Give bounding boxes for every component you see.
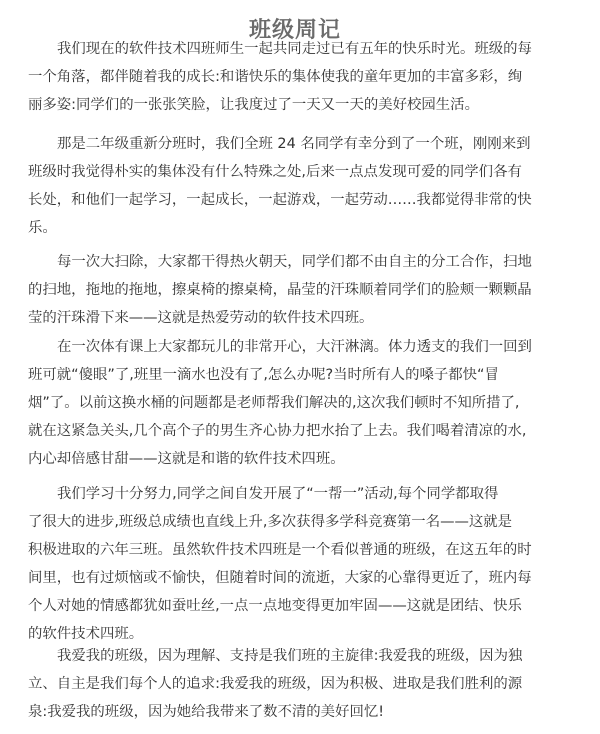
text-line: 班级时我觉得朴实的集体没有什么特殊之处,后来一点点发现可爱的同学们各有 <box>28 158 538 186</box>
paragraph-3: 每一次大扫除，大家都干得热火朝天，同学们都不由自主的分工合作，扫地 的扫地，拖地… <box>28 248 538 332</box>
text-line: 我们现在的软件技术四班师生一起共同走过已有五年的快乐时光。班级的每 <box>28 35 538 63</box>
text-line: 立、自主是我们每个人的追求:我爱我的班级，因为积极、进取是我们胜利的源 <box>28 670 538 698</box>
paragraph-6: 我爱我的班级，因为理解、支持是我们班的主旋律:我爱我的班级，因为独 立、自主是我… <box>28 642 538 726</box>
text-line: 的扫地，拖地的拖地，擦桌椅的擦桌椅，晶莹的汗珠顺着同学们的脸颊一颗颗晶 <box>28 276 538 304</box>
text-line: 个人对她的情感都犹如蚕吐丝,一点一点地变得更加牢固——这就是团结、快乐 <box>28 592 538 620</box>
text-line: 就在这紧急关头,几个高个子的男生齐心协力把水抬了上去。我们喝着清凉的水, <box>28 417 538 445</box>
text-line: 我们学习十分努力,同学之间自发开展了“一帮一”活动,每个同学都取得 <box>28 480 538 508</box>
paragraph-2: 那是二年级重新分班时，我们全班 24 名同学有幸分到了一个班，刚刚来到 班级时我… <box>28 130 538 242</box>
paragraph-5: 我们学习十分努力,同学之间自发开展了“一帮一”活动,每个同学都取得 了很大的进步… <box>28 480 538 648</box>
text-line: 内心却倍感甘甜——这就是和谐的软件技术四班。 <box>28 445 538 473</box>
text-line: 了很大的进步,班级总成绩也直线上升,多次获得多学科竞赛第一名——这就是 <box>28 508 538 536</box>
text-line: 积极进取的六年三班。虽然软件技术四班是一个看似普通的班级，在这五年的时 <box>28 536 538 564</box>
text-line: 乐。 <box>28 214 538 242</box>
text-line: 一个角落，都伴随着我的成长:和谐快乐的集体使我的童年更加的丰富多彩，绚 <box>28 63 538 91</box>
text-line: 丽多姿:同学们的一张张笑脸，让我度过了一天又一天的美好校园生活。 <box>28 91 538 119</box>
text-line: 那是二年级重新分班时，我们全班 24 名同学有幸分到了一个班，刚刚来到 <box>28 130 538 158</box>
text-line: 长处，和他们一起学习，一起成长，一起游戏，一起劳动……我都觉得非常的快 <box>28 186 538 214</box>
paragraph-4: 在一次体有课上大家都玩儿的非常开心，大汗淋漓。体力透支的我们一回到 班可就“傻眼… <box>28 333 538 473</box>
text-line: 班可就“傻眼”了,班里一滴水也没有了,怎么办呢?当时所有人的嗓子都快“冒 <box>28 361 538 389</box>
text-line: 我爱我的班级，因为理解、支持是我们班的主旋律:我爱我的班级，因为独 <box>28 642 538 670</box>
text-line: 每一次大扫除，大家都干得热火朝天，同学们都不由自主的分工合作，扫地 <box>28 248 538 276</box>
text-line: 莹的汗珠滑下来——这就是热爱劳动的软件技术四班。 <box>28 304 538 332</box>
paragraph-1: 我们现在的软件技术四班师生一起共同走过已有五年的快乐时光。班级的每 一个角落，都… <box>28 35 538 119</box>
text-line: 间里，也有过烦恼或不愉快，但随着时间的流逝，大家的心靠得更近了，班内每 <box>28 564 538 592</box>
text-line: 在一次体有课上大家都玩儿的非常开心，大汗淋漓。体力透支的我们一回到 <box>28 333 538 361</box>
text-line: 烟”了。以前这换水桶的问题都是老师帮我们解决的,这次我们顿时不知所措了, <box>28 389 538 417</box>
text-line: 泉:我爱我的班级，因为她给我带来了数不清的美好回忆! <box>28 698 538 726</box>
